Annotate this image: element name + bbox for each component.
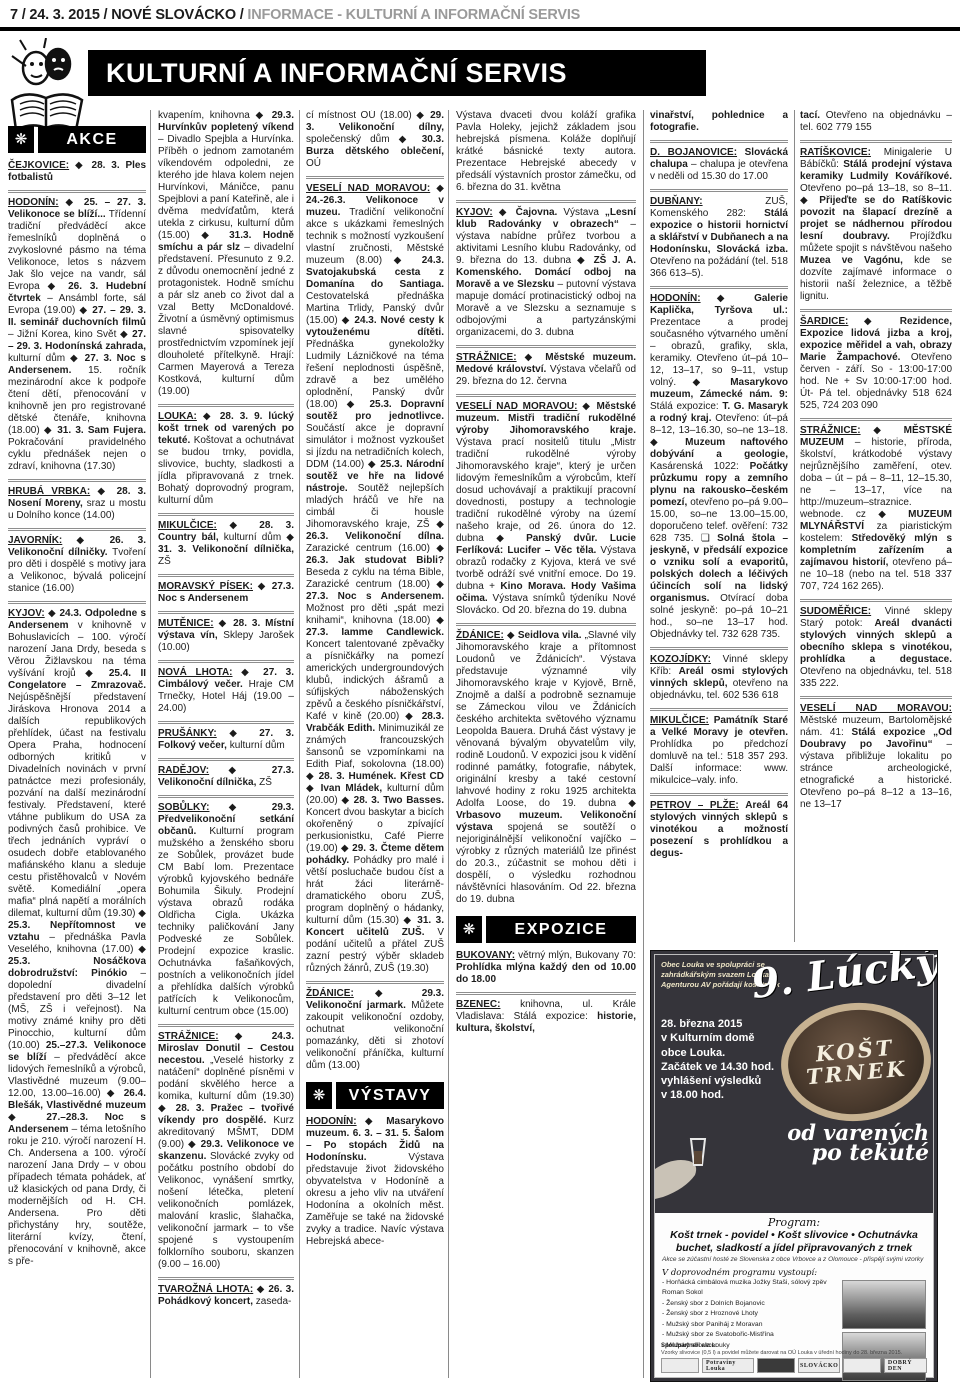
listing-continuation: kvapením, knihovna ◆ 29.3. Hurvínkův pop…	[158, 110, 294, 401]
listing-entry: VESELÍ NAD MORAVOU: ◆ Městské muzeum. Mi…	[456, 394, 636, 620]
town-name: PRUŠÁNKY:	[158, 728, 217, 739]
program-label: Program:	[662, 1216, 926, 1229]
listing-column-6: tací. Otevřeno na objednávku – tel. 602 …	[800, 110, 952, 944]
newspaper-page: 7 / 24. 3. 2015 / NOVÉ SLOVÁCKO / INFORM…	[0, 0, 960, 1386]
town-name: STRÁŽNICE:	[158, 1031, 219, 1042]
partner-logo: Potraviny Louka	[702, 1358, 754, 1373]
town-name: KOZOJÍDKY:	[650, 654, 711, 665]
listing-entry: MIKULČICE: ◆ 28. 3. Country bál, kulturn…	[158, 513, 294, 571]
listing-entry: KYJOV: ◆ 24.3. Odpoledne s Andersenem v …	[8, 601, 146, 1271]
listing-entry: ŽDÁNICE: ◆ 29.3. Velikonoční jarmark. Mů…	[306, 981, 444, 1075]
listing-column-1: ❋AKCEČEJKOVICE: ◆ 28. 3. Ples fotbalistů…	[8, 110, 146, 1382]
advert-fine-print: Vzorky slivovice (0,5 l) a povidel můžet…	[661, 1350, 927, 1356]
listing-entry: PRUŠÁNKY: ◆ 27. 3. Folkový večer, kultur…	[158, 721, 294, 755]
town-name: ŽDÁNICE:	[456, 630, 504, 641]
performer-item: - Ženský sbor z Dolních Bojanovic	[662, 1299, 838, 1310]
listing-entry: ČEJKOVICE: ◆ 28. 3. Ples fotbalistů	[8, 160, 146, 187]
listing-entry: DUBŇANY: ZUŠ, Komenského 282: Stálá expo…	[650, 189, 788, 283]
column-divider	[794, 110, 795, 942]
listing-entry: D. BOJANOVICE: Slovácká chalupa – chalup…	[650, 140, 788, 186]
performer-item: - Mužský sbor Paniháj z Moravan	[662, 1320, 838, 1331]
partner-logo	[843, 1358, 881, 1373]
partner-logos-row: Potraviny LoukaSLOVÁCKODOBRÝ DEN	[661, 1358, 927, 1373]
listing-entry: TVAROŽNÁ LHOTA: ◆ 26. 3. Pohádkový konce…	[158, 1277, 294, 1311]
lineup-label: V doprovodném programu vystoupí:	[662, 1268, 926, 1278]
town-name: NOVÁ LHOTA:	[158, 667, 233, 678]
town-name: MUTĚNICE:	[158, 618, 214, 629]
column-divider	[299, 110, 300, 1378]
town-name: LOUKA:	[158, 411, 197, 422]
program-text: Košt trnek - povidel • Košt slivovice • …	[662, 1229, 926, 1254]
town-name: SUDOMĚŘICE:	[800, 606, 871, 617]
listing-entry: KYJOV: ◆ Čajovna. Výstava „Lesní klub Ra…	[456, 200, 636, 342]
listing-column-2: kvapením, knihovna ◆ 29.3. Hurvínkův pop…	[158, 110, 294, 1382]
advert-date-line: v 18.00 hod.	[661, 1088, 793, 1102]
listing-entry: MORAVSKÝ PÍSEK: ◆ 27.3. Noc s Andersenem	[158, 574, 294, 608]
column-divider	[643, 110, 644, 1378]
town-name: ČEJKOVICE:	[8, 160, 69, 171]
kost-trnek-advert: Obec Louka ve spolupráci se zahrádkářský…	[650, 950, 938, 1382]
town-name: MIKULČICE:	[158, 520, 217, 531]
advert-date-info: 28. března 2015v Kulturním doměobce Louk…	[661, 1017, 793, 1103]
town-name: KYJOV:	[456, 207, 493, 218]
listing-column-4: Výstava dvaceti dvou koláží grafika Pavl…	[456, 110, 636, 1382]
town-name: HODONÍN:	[306, 1116, 357, 1127]
listing-entry: BZENEC: knihovna, ul. Krále Vladislava: …	[456, 992, 636, 1038]
town-name: MIKULČICE:	[650, 715, 709, 726]
listing-continuation: cí místnost OÚ (18.00) ◆ 29. 3. Velikono…	[306, 110, 444, 173]
town-name: KYJOV:	[8, 608, 45, 619]
town-name: DUBŇANY:	[650, 196, 703, 207]
advert-date-line: v Kulturním domě	[661, 1031, 793, 1045]
listing-entry: ŠARDICE: ◆ Rezidence, Expozice lidová ji…	[800, 309, 952, 415]
listing-entry: RADĚJOV: ◆ 27.3. Velikonoční dílnička, Z…	[158, 758, 294, 792]
listing-entry: STRÁŽNICE: ◆ 24.3. Miroslav Donutil – Ce…	[158, 1024, 294, 1274]
section-banner-výstavy: ❋VÝSTAVY	[306, 1082, 444, 1109]
advert-date-line: 28. března 2015	[661, 1017, 793, 1031]
section-banner-expozice: ❋EXPOZICE	[456, 916, 636, 943]
listing-entry: KOZOJÍDKY: Vinné sklepy Kříb: Areál osmi…	[650, 647, 788, 705]
town-name: ŽDÁNICE:	[306, 988, 354, 999]
town-name: MORAVSKÝ PÍSEK:	[158, 581, 253, 592]
section-title: AKCE	[38, 126, 146, 153]
advert-date-line: vyhlášení výsledků	[661, 1074, 793, 1088]
performer-item: - Horňácká cimbálová muzika Jožky Staši,…	[662, 1278, 838, 1299]
performer-item: - Ženský sbor z Hroznové Lhoty	[662, 1309, 838, 1320]
partner-logo	[661, 1358, 699, 1373]
listing-entry: ŽDÁNICE: ◆ Seidlova vila. „Slavné vily J…	[456, 623, 636, 909]
listing-entry: HODONÍN: ◆ 25. – 27. 3. Velikonoce se bl…	[8, 190, 146, 476]
town-name: JAVORNÍK:	[8, 535, 62, 546]
listing-continuation: Výstava dvaceti dvou koláží grafika Pavl…	[456, 110, 636, 197]
town-name: RADĚJOV:	[158, 765, 209, 776]
page-title-banner: KULTURNÍ A INFORMAČNÍ SERVIS	[88, 50, 706, 96]
town-name: D. BOJANOVICE:	[650, 147, 737, 158]
listing-entry: STRÁŽNICE: ◆ MĚSTSKÉ MUZEUM – historie, …	[800, 418, 952, 596]
listing-entry: SUDOMĚŘICE: Vinné sklepy Starý potok: Ar…	[800, 599, 952, 693]
town-name: VESELÍ NAD MORAVOU:	[306, 183, 430, 194]
town-name: ŠARDICE:	[800, 316, 848, 327]
flower-icon: ❋	[456, 916, 482, 943]
edition-date: 7 / 24. 3. 2015 / NOVÉ SLOVÁCKO /	[10, 7, 247, 23]
listing-entry: LOUKA: ◆ 28. 3. 9. lúcký košt trnek od v…	[158, 404, 294, 510]
town-name: BZENEC:	[456, 999, 500, 1010]
listing-entry: HRUBÁ VRBKA: ◆ 28. 3. Nosení Moreny, sra…	[8, 479, 146, 525]
town-name: TVAROŽNÁ LHOTA:	[158, 1284, 253, 1295]
advert-footer: Spolupartneři akce: Vzorky slivovice (0,…	[661, 1343, 927, 1373]
listing-continuation: tací. Otevřeno na objednávku – tel. 602 …	[800, 110, 952, 137]
advert-program-panel: Program: Košt trnek - povidel • Košt sli…	[655, 1213, 933, 1377]
listing-column-5: vinařství, pohlednice a fotografie.D. BO…	[650, 110, 788, 944]
listing-entry: STRÁŽNICE: ◆ Městské muzeum. Medové král…	[456, 345, 636, 391]
listing-entry: HODONÍN: ◆ Masarykovo muzeum. 6. 3. – 31…	[306, 1116, 444, 1251]
advert-subtitle: od varených po tekuté	[759, 1123, 929, 1164]
top-rule	[0, 27, 960, 31]
listing-entry: HODONÍN: ◆ Galerie Kaplička, Tyršova ul.…	[650, 286, 788, 644]
advert-date-line: obce Louka.	[661, 1046, 793, 1060]
partners-label: Spolupartneři akce:	[661, 1343, 927, 1349]
section-title: EXPOZICE	[486, 916, 636, 943]
town-name: HODONÍN:	[650, 293, 701, 304]
town-name: HODONÍN:	[8, 197, 59, 208]
listing-entry: NOVÁ LHOTA: ◆ 27. 3. Cimbálový večer. Hr…	[158, 660, 294, 718]
listing-entry: MIKULČICE: Památník Staré a Velké Moravy…	[650, 708, 788, 790]
listing-entry: VESELÍ NAD MORAVOU: ◆ 24.-26.3. Velikono…	[306, 176, 444, 978]
town-name: HRUBÁ VRBKA:	[8, 486, 90, 497]
hand-glass-photo	[655, 1109, 725, 1205]
column-divider	[150, 110, 151, 1378]
listing-entry: RATÍŠKOVICE: Minigalerie U Bábíčků: Stál…	[800, 140, 952, 306]
partner-logo	[757, 1358, 795, 1373]
cake-text-line: TRNEK	[805, 1058, 908, 1089]
folklore-photo	[842, 1280, 926, 1329]
edition-line: 7 / 24. 3. 2015 / NOVÉ SLOVÁCKO / INFORM…	[10, 7, 580, 23]
listing-entry: SOBŮLKY: ◆ 29.3. Předvelikonoční setkání…	[158, 795, 294, 1021]
town-name: STRÁŽNICE:	[800, 425, 861, 436]
town-name: PETROV – PLŽE:	[650, 800, 739, 811]
town-name: BUKOVANY:	[456, 950, 515, 961]
town-name: VESELÍ NAD MORAVOU:	[800, 703, 952, 714]
guests-note: Akce se zúčastní hosté ze Slovenska z ob…	[662, 1256, 926, 1264]
section-banner-akce: ❋AKCE	[8, 126, 146, 153]
listing-entry: MUTĚNICE: ◆ 28. 3. Místní výstava vín, S…	[158, 611, 294, 657]
listing-continuation: vinařství, pohlednice a fotografie.	[650, 110, 788, 137]
section-title: VÝSTAVY	[336, 1082, 444, 1109]
partner-logo: SLOVÁCKO	[798, 1358, 839, 1373]
listing-column-3: cí místnost OÚ (18.00) ◆ 29. 3. Velikono…	[306, 110, 444, 1382]
performer-item: - Mužský sbor ze Svatobořic-Mistřína	[662, 1330, 838, 1341]
listing-entry: BUKOVANY: větrný mlýn, Bukovany 70: Proh…	[456, 950, 636, 989]
flower-icon: ❋	[8, 126, 34, 153]
flower-icon: ❋	[306, 1082, 332, 1109]
column-divider	[448, 110, 449, 1378]
partner-logo: DOBRÝ DEN	[884, 1358, 927, 1373]
edition-section: INFORMACE - KULTURNÍ A INFORMAČNÍ SERVIS	[247, 7, 580, 23]
listing-entry: VESELÍ NAD MORAVOU: Městské muzeum, Bart…	[800, 696, 952, 814]
town-name: VESELÍ NAD MORAVOU:	[456, 401, 577, 412]
advert-date-line: Začátek ve 14.30 hod.	[661, 1060, 793, 1074]
listing-entry: PETROV – PLŽE: Areál 64 stylových vinnýc…	[650, 793, 788, 863]
town-name: SOBŮLKY:	[158, 802, 209, 813]
listing-entry: JAVORNÍK: ◆ 26. 3. Velikonoční dílničky.…	[8, 528, 146, 598]
town-name: RATÍŠKOVICE:	[800, 147, 871, 158]
town-name: STRÁŽNICE:	[456, 352, 517, 363]
